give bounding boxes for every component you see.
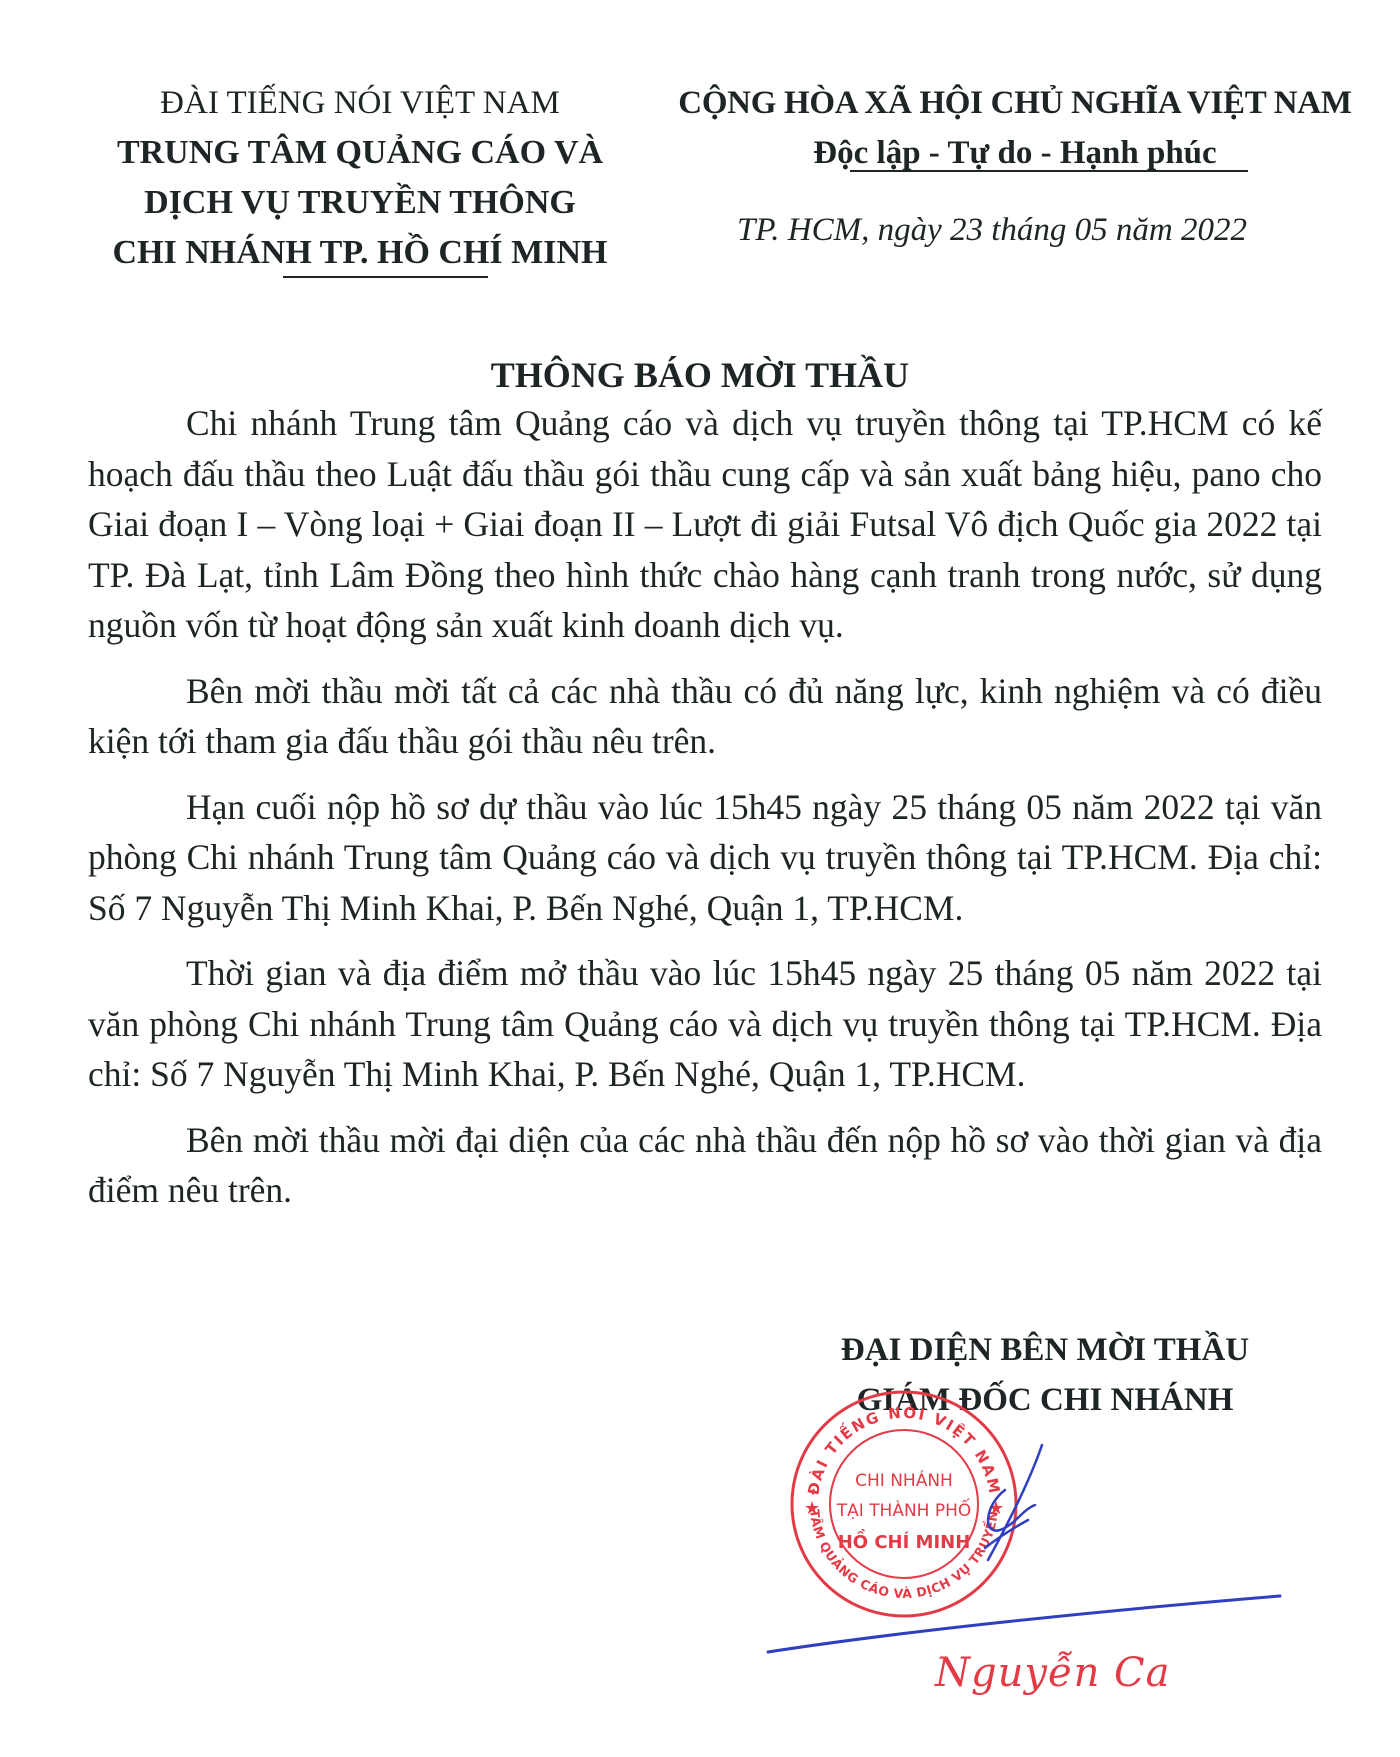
paragraph-closing: Bên mời thầu mời đại diện của các nhà th… — [88, 1115, 1322, 1216]
motto-underline — [850, 170, 1248, 172]
paragraph-invitation: Bên mời thầu mời tất cả các nhà thầu có … — [88, 666, 1322, 767]
document-body: Chi nhánh Trung tâm Quảng cáo và dịch vụ… — [88, 398, 1322, 1231]
signer-role-line1: ĐẠI DIỆN BÊN MỜI THẦU — [815, 1325, 1275, 1375]
agency-name: ĐÀI TIẾNG NÓI VIỆT NAM — [80, 78, 640, 128]
paragraph-plan: Chi nhánh Trung tâm Quảng cáo và dịch vụ… — [88, 398, 1322, 651]
paragraph-opening: Thời gian và địa điểm mở thầu vào lúc 15… — [88, 948, 1322, 1100]
unit-name-line1: TRUNG TÂM QUẢNG CÁO VÀ — [80, 128, 640, 178]
left-header-underline — [283, 276, 488, 278]
seal-center-line3: HỒ CHÍ MINH — [838, 1529, 971, 1553]
seal-center-line2: TẠI THÀNH PHỐ — [836, 1497, 972, 1521]
national-header: CỘNG HÒA XÃ HỘI CHỦ NGHĨA VIỆT NAM Độc l… — [672, 78, 1358, 178]
official-seal-icon: ĐÀI TIẾNG NÓI VIỆT NAM TRUNG TÂM QUẢNG C… — [788, 1388, 1020, 1620]
document-title: THÔNG BÁO MỜI THẦU — [0, 350, 1400, 400]
place-and-date: TP. HCM, ngày 23 tháng 05 năm 2022 — [672, 205, 1312, 255]
svg-text:★: ★ — [988, 1498, 1004, 1519]
nation-name: CỘNG HÒA XÃ HỘI CHỦ NGHĨA VIỆT NAM — [672, 78, 1358, 128]
unit-name-line3: CHI NHÁNH TP. HỒ CHÍ MINH — [80, 228, 640, 278]
signer-name: Nguyễn Ca — [935, 1650, 1171, 1696]
issuing-agency-header: ĐÀI TIẾNG NÓI VIỆT NAM TRUNG TÂM QUẢNG C… — [80, 78, 640, 278]
paragraph-deadline: Hạn cuối nộp hồ sơ dự thầu vào lúc 15h45… — [88, 782, 1322, 934]
unit-name-line2: DỊCH VỤ TRUYỀN THÔNG — [80, 178, 640, 228]
svg-text:★: ★ — [804, 1498, 820, 1519]
seal-center-line1: CHI NHÁNH — [855, 1469, 953, 1491]
